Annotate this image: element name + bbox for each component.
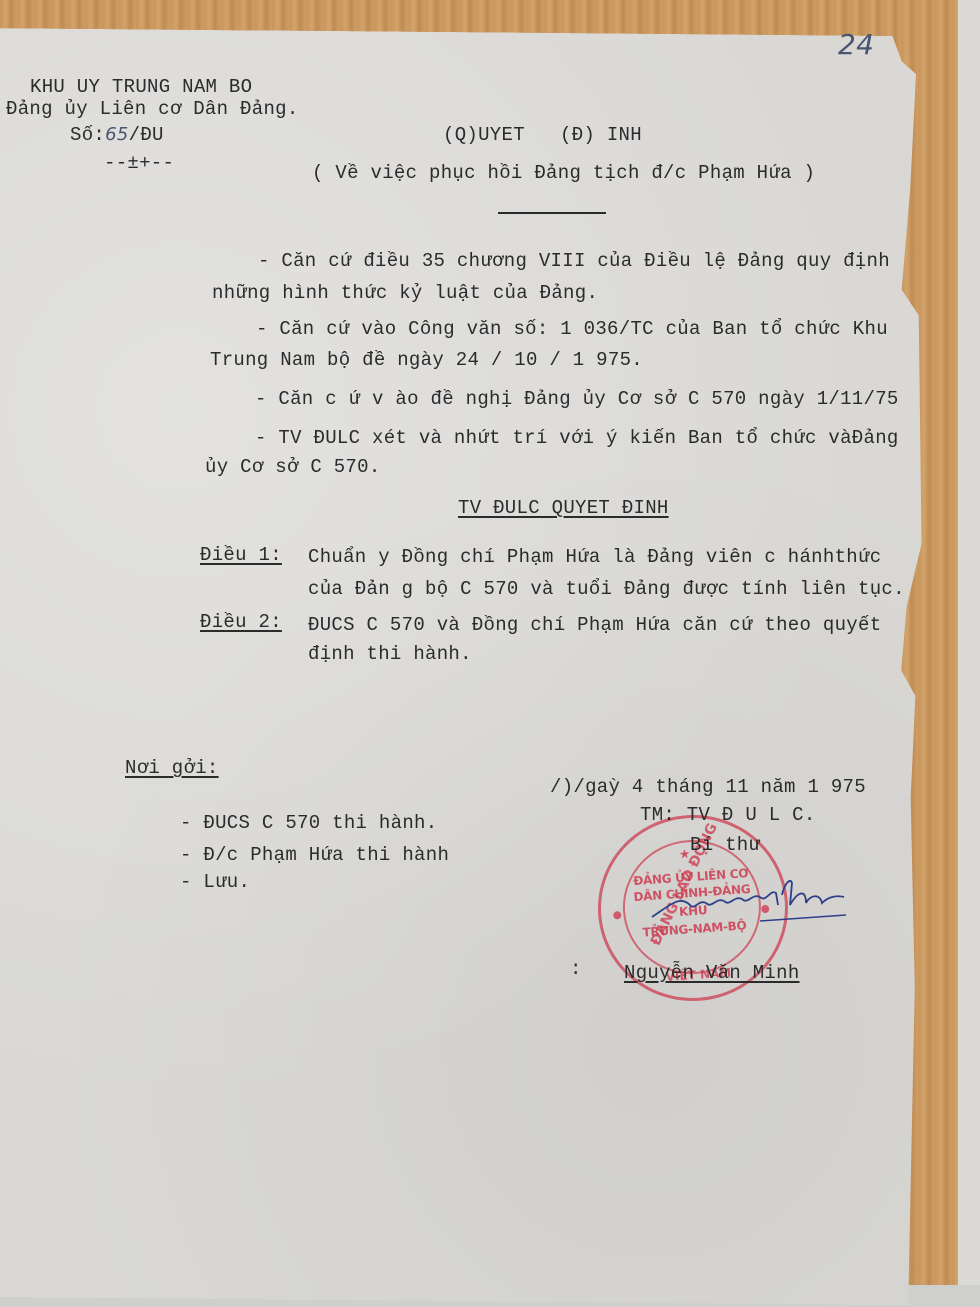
article-1-line-1: Chuẩn y Đồng chí Phạm Hứa là Đảng viên c…: [308, 546, 881, 568]
consideration-2-line-1: - Căn cứ vào Công văn số: 1 036/TC của B…: [256, 318, 888, 340]
signing-date: /)/gaỳ 4 tháng 11 năm 1 975: [550, 776, 866, 798]
signer-name: Nguyễn Văn Minh: [624, 962, 800, 984]
number-value: 65: [105, 124, 129, 145]
document-title: (Q)UYET (Đ) INH: [443, 124, 642, 146]
on-behalf-of: TM: TV Đ U L C.: [640, 804, 816, 826]
title-part-1: (Q)UYET: [443, 124, 525, 146]
article-2-label: Điều 2:: [200, 611, 282, 633]
document-subtitle: ( Về việc phục hồi Đảng tịch đ/c Phạm Hứ…: [312, 162, 815, 184]
title-part-2: (Đ) INH: [560, 124, 642, 146]
article-1-line-2: của Đản g bộ C 570 và tuổi Đảng được tín…: [308, 578, 905, 600]
number-suffix: /ĐU: [129, 124, 164, 146]
signer-position: Bí thư: [690, 834, 760, 856]
consideration-4-line-1: - TV ĐULC xét và nhứt trí với ý kiến Ban…: [255, 427, 899, 449]
consideration-2-line-2: Trung Nam bộ đề ngày 24 / 10 / 1 975.: [210, 349, 643, 371]
consideration-1-line-2: những hình thức kỷ luật của Đảng.: [212, 282, 598, 304]
article-1-label: Điều 1:: [200, 544, 282, 566]
article-2-line-2: định thi hành.: [308, 643, 472, 665]
recipient-3: - Lưu.: [180, 871, 250, 893]
consideration-3-line-1: - Căn c ứ v ào đề nghị Đảng ủy Cơ sở C 5…: [255, 388, 899, 410]
title-divider: [498, 212, 606, 214]
consideration-1-line-1: - Căn cứ điều 35 chương VIII của Điều lệ…: [258, 250, 890, 272]
recipient-2: - Đ/c Phạm Hứa thi hành: [180, 844, 449, 866]
document-number: Số:65/ĐU: [70, 124, 164, 146]
org-line-2: Đảng ủy Liên cơ Dân Đảng.: [6, 98, 299, 120]
handwritten-signature: [650, 875, 850, 925]
org-line-1: KHU UY TRUNG NAM BO: [30, 76, 252, 98]
seal-star-icon: ★: [678, 842, 690, 865]
header-separator: --±+--: [104, 152, 174, 174]
consideration-4-line-2: ủy Cơ sở C 570.: [205, 456, 381, 478]
decision-heading: TV ĐULC QUYET ĐINH: [458, 497, 669, 519]
article-2-line-1: ĐUCS C 570 và Đồng chí Phạm Hứa căn cứ t…: [308, 614, 881, 636]
recipient-1: - ĐUCS C 570 thi hành.: [180, 812, 437, 834]
page-number-handwritten: 24: [838, 28, 874, 61]
recipients-heading: Nơi gởi:: [125, 757, 219, 779]
number-prefix: Số:: [70, 124, 105, 146]
underlying-page-edge: [958, 0, 980, 1307]
document-page: [0, 28, 950, 1305]
signature-colon: :: [570, 958, 582, 980]
